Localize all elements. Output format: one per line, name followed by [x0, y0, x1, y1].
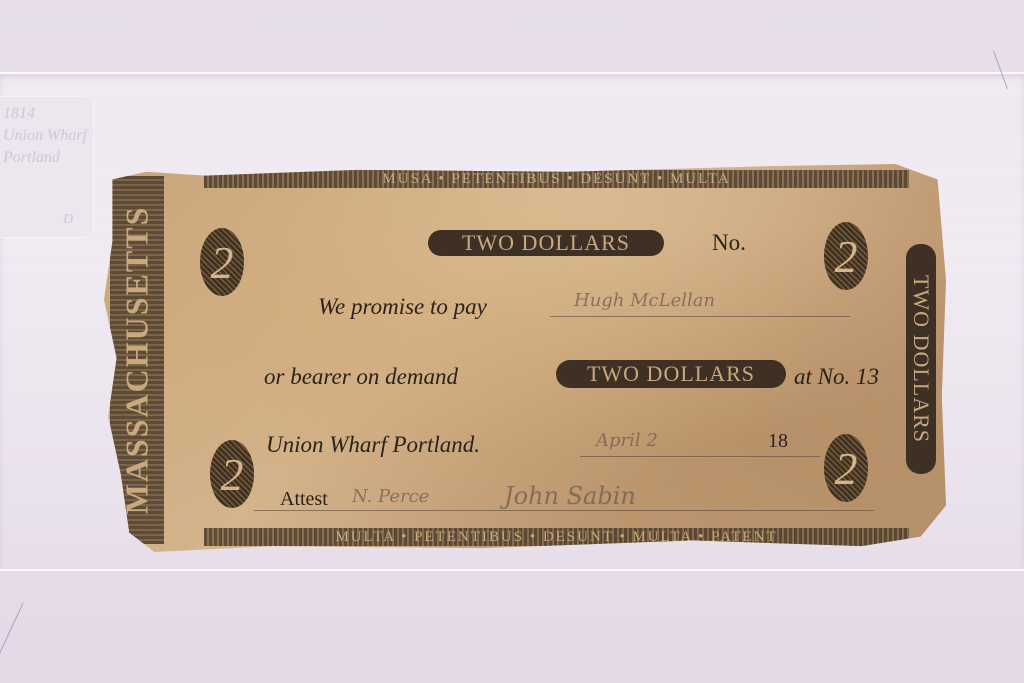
medallion-glyph: 2 — [835, 442, 858, 495]
denomination-medallion-icon: 2 — [200, 228, 244, 296]
denomination-medallion-icon: 2 — [824, 222, 868, 290]
label-line: Union Wharf — [3, 125, 93, 147]
right-banner-text: TWO DOLLARS — [908, 275, 934, 443]
payee-handwriting: Hugh McLellan — [574, 290, 715, 311]
medallion-glyph: 2 — [221, 448, 244, 501]
medallion-glyph: 2 — [211, 236, 234, 289]
address-number-text: at No. 13 — [794, 364, 879, 390]
payee-line — [550, 316, 850, 317]
signature-line — [254, 510, 874, 511]
right-banner: TWO DOLLARS — [906, 244, 936, 474]
label-corner-mark: D — [63, 209, 73, 231]
cashier-signature: John Sabin — [504, 482, 636, 510]
date-handwriting: April 2 — [596, 430, 658, 451]
attest-label: Attest — [280, 488, 328, 511]
date-line — [580, 456, 820, 457]
header-denomination-banner: TWO DOLLARS — [428, 230, 664, 256]
location-text: Union Wharf Portland. — [266, 432, 480, 458]
denomination-medallion-icon: 2 — [210, 440, 254, 508]
sleeve-scratch — [0, 603, 24, 658]
date-year-prefix: 18 — [768, 430, 788, 453]
label-line: Portland — [3, 147, 93, 169]
denomination-medallion-icon: 2 — [824, 434, 868, 502]
banknote: MUSA • PETENTIBUS • DESUNT • MULTA MULTA… — [104, 164, 946, 552]
promise-text: We promise to pay — [318, 294, 487, 320]
label-line: 1814 — [3, 103, 93, 125]
left-border-text: MASSACHUSETTS — [119, 206, 156, 515]
top-border-motto: MUSA • PETENTIBUS • DESUNT • MULTA — [204, 170, 909, 188]
bottom-border-motto: MULTA • PETENTIBUS • DESUNT • MULTA • PA… — [204, 528, 909, 546]
bearer-text: or bearer on demand — [264, 364, 458, 390]
serial-number-label: No. — [712, 230, 746, 256]
medallion-glyph: 2 — [835, 230, 858, 283]
body-denomination-banner: TWO DOLLARS — [556, 360, 786, 388]
label-card: 1814 Union Wharf Portland D — [0, 96, 94, 238]
attest-signature: N. Perce — [352, 486, 429, 507]
